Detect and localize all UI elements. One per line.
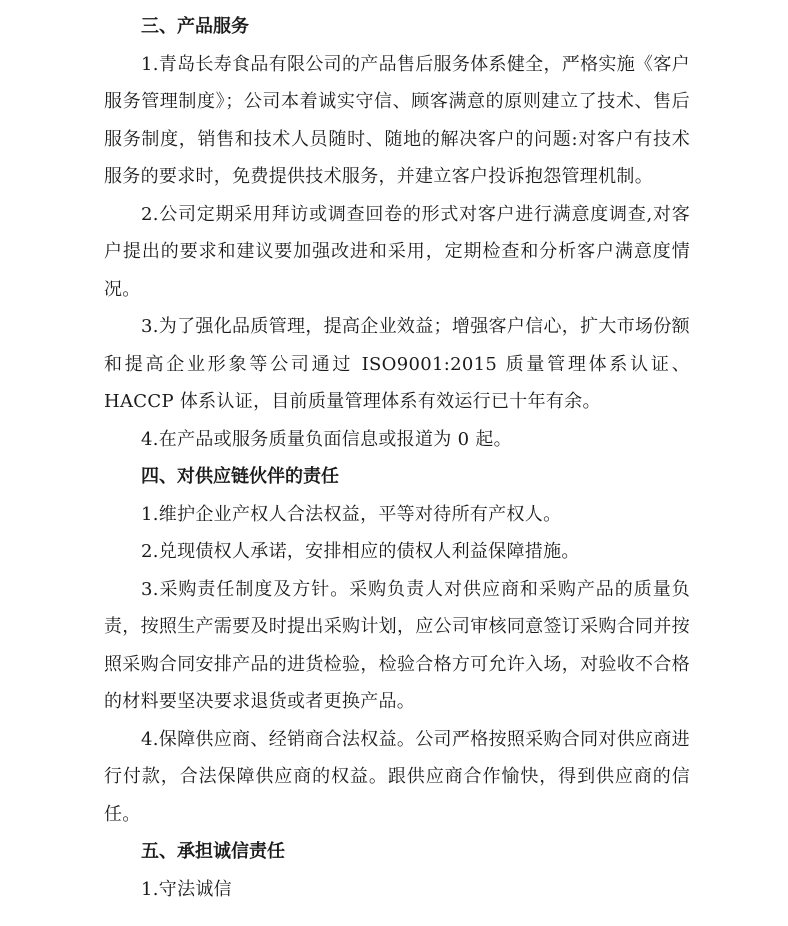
paragraph-property-rights: 1.维护企业产权人合法权益，平等对待所有产权人。 [104, 496, 690, 534]
paragraph-law-abiding: 1.守法诚信 [104, 871, 690, 909]
paragraph-supplier-rights: 4.保障供应商、经销商合法权益。公司严格按照采购合同对供应商进行付款，合法保障供… [104, 721, 690, 834]
paragraph-satisfaction-survey: 2.公司定期采用拜访或调查回卷的形式对客户进行满意度调查,对客户提出的要求和建议… [104, 196, 690, 309]
section-heading-supply-chain: 四、对供应链伙伴的责任 [104, 458, 690, 496]
section-heading-product-service: 三、产品服务 [104, 8, 690, 46]
paragraph-creditor-commitment: 2.兑现债权人承诺，安排相应的债权人利益保障措施。 [104, 533, 690, 571]
paragraph-after-sales-system: 1.青岛长寿食品有限公司的产品售后服务体系健全，严格实施《客户服务管理制度》；公… [104, 46, 690, 196]
document-page: 三、产品服务 1.青岛长寿食品有限公司的产品售后服务体系健全，严格实施《客户服务… [104, 8, 690, 908]
section-heading-integrity: 五、承担诚信责任 [104, 833, 690, 871]
paragraph-negative-reports: 4.在产品或服务质量负面信息或报道为 0 起。 [104, 421, 690, 459]
paragraph-quality-certification: 3.为了强化品质管理，提高企业效益；增强客户信心，扩大市场份额和提高企业形象等公… [104, 308, 690, 421]
paragraph-procurement-policy: 3.采购责任制度及方针。采购负责人对供应商和采购产品的质量负责，按照生产需要及时… [104, 571, 690, 721]
